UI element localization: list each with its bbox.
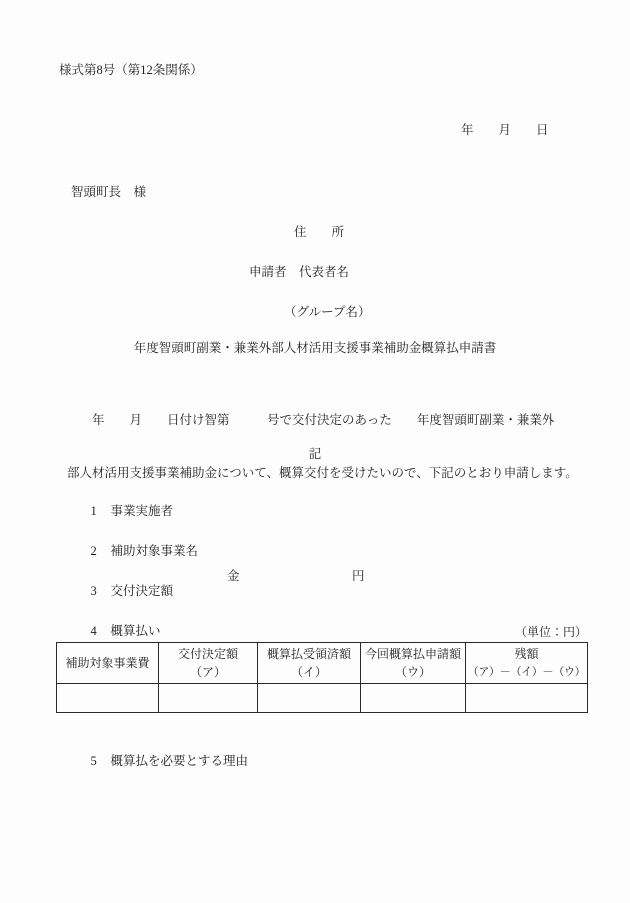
application-form-page: 様式第8号（第12条関係） 年 月 日 智頭町長 様 住 所 申請者 代表者名 … (0, 0, 630, 903)
record-heading: 記 (0, 447, 630, 463)
header-sub-line: （ウ） (361, 663, 465, 681)
header-line: 概算払受領済額 (258, 645, 360, 663)
item-3-number: 3 (91, 584, 111, 599)
group-name-label: （グループ名） (284, 305, 371, 321)
item-3-yen-label: 円 (352, 566, 365, 584)
item-2-label: 補助対象事業名 (111, 544, 199, 558)
header-subsidized-project-cost: 補助対象事業費 (57, 643, 159, 684)
header-sub-line: （ア）－（イ）－（ウ） (466, 663, 587, 681)
header-grant-decision-amount: 交付決定額 （ア） (159, 643, 258, 684)
header-sub-line: （イ） (258, 663, 360, 681)
body-paragraph-line1: 年 月 日付け智第 号で交付決定のあった 年度智頭町副業・兼業外 (67, 410, 578, 431)
item-5-reason-for-provisional-payment: 5概算払を必要とする理由 (78, 736, 248, 784)
cell-remaining-amount (466, 684, 588, 713)
body-paragraph-line2: 部人材活用支援事業補助金について、概算交付を受けたいので、下記のとおり申請します… (67, 463, 578, 484)
item-2-number: 2 (91, 544, 111, 559)
table-data-row (57, 684, 588, 713)
header-line: 交付決定額 (159, 645, 257, 663)
header-received-provisional-amount: 概算払受領済額 （イ） (258, 643, 361, 684)
item-5-label: 概算払を必要とする理由 (111, 754, 249, 768)
provisional-payment-table: 補助対象事業費 交付決定額 （ア） 概算払受領済額 （イ） 今回概算払申請額 （… (56, 642, 588, 713)
cell-subsidized-project-cost (57, 684, 159, 713)
header-line: 残額 (466, 645, 587, 663)
item-3-label: 交付決定額 (111, 584, 174, 598)
cell-received-provisional-amount (258, 684, 361, 713)
header-current-application-amount: 今回概算払申請額 （ウ） (361, 643, 466, 684)
addressee: 智頭町長 様 (71, 185, 146, 201)
unit-label: （単位：円） (0, 623, 587, 640)
document-title: 年度智頭町副業・兼業外部人材活用支援事業補助金概算払申請書 (0, 341, 630, 357)
item-5-number: 5 (91, 754, 111, 769)
header-remaining-amount: 残額 （ア）－（イ）－（ウ） (466, 643, 588, 684)
header-sub-line: （ア） (159, 663, 257, 681)
address-label: 住 所 (294, 225, 344, 241)
header-line: 補助対象事業費 (57, 654, 158, 672)
item-1-number: 1 (91, 504, 111, 519)
header-line: 今回概算払申請額 (361, 645, 465, 663)
item-3-kin-label: 金 (227, 566, 240, 584)
form-number: 様式第8号（第12条関係） (59, 63, 203, 79)
issue-date-line: 年 月 日 (461, 123, 549, 139)
cell-grant-decision-amount (159, 684, 258, 713)
item-1-label: 事業実施者 (111, 504, 174, 518)
applicant-label: 申請者 代表者名 (249, 265, 349, 281)
cell-current-application-amount (361, 684, 466, 713)
table-header-row: 補助対象事業費 交付決定額 （ア） 概算払受領済額 （イ） 今回概算払申請額 （… (57, 643, 588, 684)
